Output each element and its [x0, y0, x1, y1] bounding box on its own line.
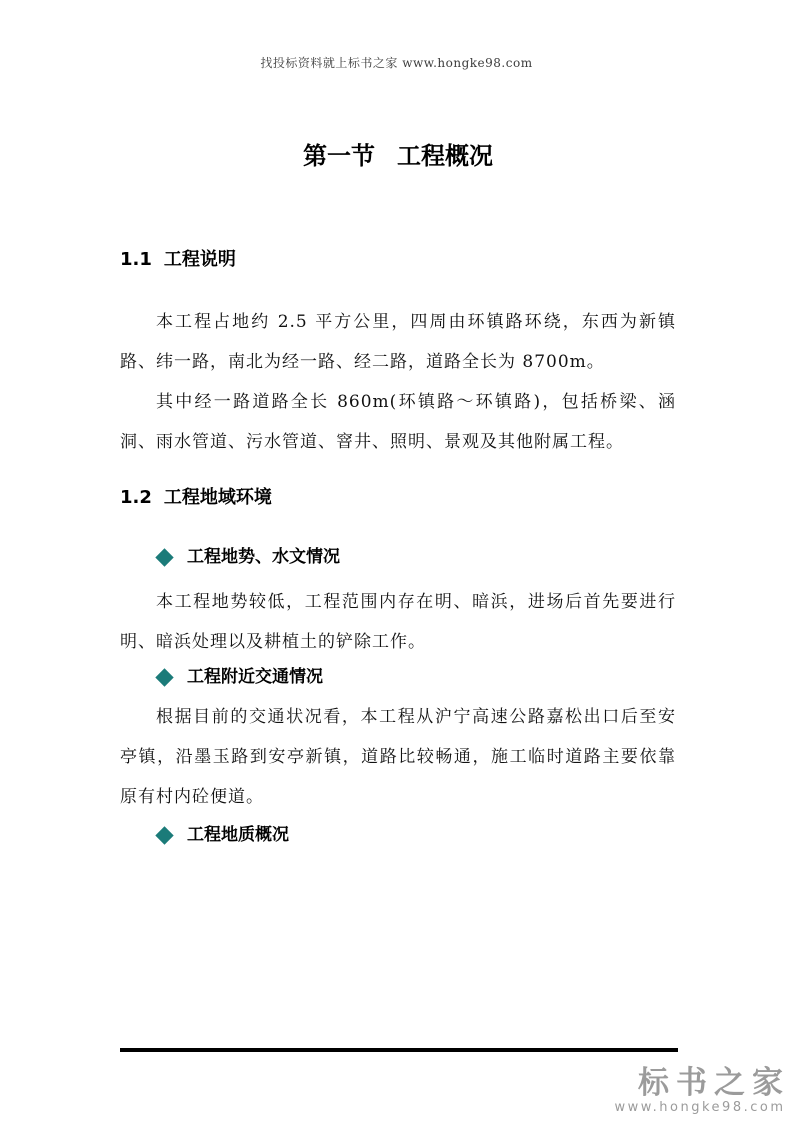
- bullet-geology-overview-label: 工程地质概况: [187, 823, 289, 847]
- bullet-nearby-traffic-label: 工程附近交通情况: [187, 665, 323, 689]
- section-1-1-title: 工程说明: [164, 249, 236, 270]
- diamond-icon: [155, 668, 173, 686]
- document-body: 第一节工程概况 1.1工程说明 本工程占地约 2.5 平方公里，四周由环镇路环绕…: [120, 0, 676, 847]
- section-1-1-number: 1.1: [120, 249, 152, 270]
- bullet-nearby-traffic: 工程附近交通情况: [120, 665, 676, 689]
- site-watermark: 标书之家 www.hongke98.com: [614, 1067, 783, 1116]
- chapter-title-number: 第一节: [303, 142, 375, 170]
- document-page: 找投标资料就上标书之家 www.hongke98.com 第一节工程概况 1.1…: [0, 0, 793, 1122]
- paragraph-road-scope: 其中经一路道路全长 860m(环镇路～环镇路)，包括桥梁、涵洞、雨水管道、污水管…: [120, 382, 676, 462]
- diamond-icon: [155, 826, 173, 844]
- bullet-terrain-hydrology: 工程地势、水文情况: [120, 545, 676, 569]
- diamond-icon: [155, 548, 173, 566]
- bullet-geology-overview: 工程地质概况: [120, 823, 676, 847]
- section-1-2-title: 工程地域环境: [164, 487, 272, 508]
- section-heading-1-1: 1.1工程说明: [120, 248, 676, 272]
- chapter-title: 第一节工程概况: [120, 140, 676, 172]
- watermark-url-text: www.hongke98.com: [614, 1100, 785, 1116]
- footer-double-rule: [120, 1048, 678, 1052]
- paragraph-terrain-hydrology: 本工程地势较低，工程范围内存在明、暗浜，进场后首先要进行明、暗浜处理以及耕植土的…: [120, 582, 676, 662]
- paragraph-nearby-traffic: 根据目前的交通状况看，本工程从沪宁高速公路嘉松出口后至安亭镇，沿墨玉路到安亭新镇…: [120, 697, 676, 817]
- bullet-terrain-hydrology-label: 工程地势、水文情况: [187, 545, 340, 569]
- watermark-brand-text: 标书之家: [614, 1067, 790, 1100]
- chapter-title-text: 工程概况: [397, 142, 493, 170]
- paragraph-project-overview: 本工程占地约 2.5 平方公里，四周由环镇路环绕，东西为新镇路、纬一路，南北为经…: [120, 302, 676, 382]
- section-heading-1-2: 1.2工程地域环境: [120, 486, 676, 510]
- section-1-2-number: 1.2: [120, 487, 152, 508]
